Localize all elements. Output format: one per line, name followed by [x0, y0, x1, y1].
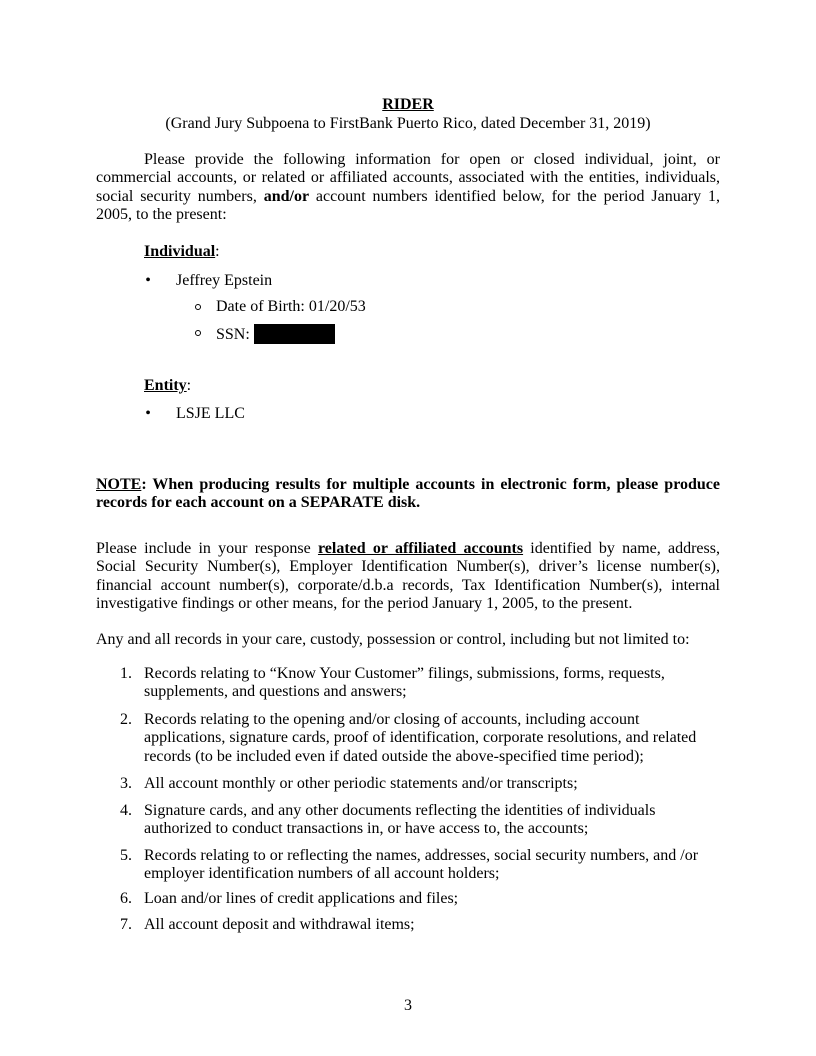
- redaction-box: [254, 324, 335, 344]
- item-number: 6.: [120, 890, 140, 908]
- list-item: Date of Birth: 01/20/53: [96, 298, 720, 316]
- list-item: • LSJE LLC: [96, 405, 720, 423]
- bullet-icon: •: [144, 272, 152, 290]
- page-number: 3: [96, 997, 720, 1015]
- related-emphasis: related or affiliated accounts: [318, 540, 523, 557]
- circle-bullet-icon: [195, 330, 201, 336]
- item-text: All account deposit and withdrawal items…: [144, 916, 704, 934]
- related-accounts-paragraph: Please include in your response related …: [96, 540, 720, 614]
- note-text: : When producing results for multiple ac…: [96, 476, 720, 511]
- note-label: NOTE: [96, 476, 141, 493]
- entity-label: Entity: [144, 377, 187, 394]
- colon: :: [215, 243, 219, 260]
- item-number: 2.: [120, 711, 140, 729]
- item-number: 4.: [120, 802, 140, 820]
- circle-bullet-icon: [195, 304, 201, 310]
- any-and-all-paragraph: Any and all records in your care, custod…: [96, 631, 720, 649]
- item-text: All account monthly or other periodic st…: [144, 775, 704, 793]
- ssn-label: SSN:: [216, 326, 250, 343]
- item-text: Records relating to or reflecting the na…: [144, 847, 704, 884]
- intro-bold: and/or: [264, 188, 309, 205]
- entity-heading: Entity:: [144, 377, 191, 395]
- item-text: Records relating to “Know Your Customer”…: [144, 665, 704, 702]
- ssn-row: SSN:: [216, 324, 335, 344]
- item-number: 7.: [120, 916, 140, 934]
- item-number: 1.: [120, 665, 140, 683]
- individual-label: Individual: [144, 243, 215, 260]
- date-of-birth: Date of Birth: 01/20/53: [216, 298, 366, 316]
- individual-heading: Individual:: [144, 243, 220, 261]
- related-text-1: Please include in your response: [96, 540, 318, 557]
- document-title: RIDER: [96, 96, 720, 114]
- colon: :: [187, 377, 191, 394]
- individual-name: Jeffrey Epstein: [176, 272, 272, 290]
- entity-name: LSJE LLC: [176, 405, 245, 423]
- item-text: Loan and/or lines of credit applications…: [144, 890, 704, 908]
- note-paragraph: NOTE: When producing results for multipl…: [96, 476, 720, 513]
- list-item: SSN:: [96, 324, 720, 344]
- bullet-icon: •: [144, 405, 152, 423]
- document-subtitle: (Grand Jury Subpoena to FirstBank Puerto…: [96, 115, 720, 133]
- item-number: 3.: [120, 775, 140, 793]
- intro-paragraph: Please provide the following information…: [96, 151, 720, 225]
- item-text: Records relating to the opening and/or c…: [144, 711, 704, 766]
- list-item: • Jeffrey Epstein: [96, 272, 720, 290]
- item-text: Signature cards, and any other documents…: [144, 802, 704, 839]
- item-number: 5.: [120, 847, 140, 865]
